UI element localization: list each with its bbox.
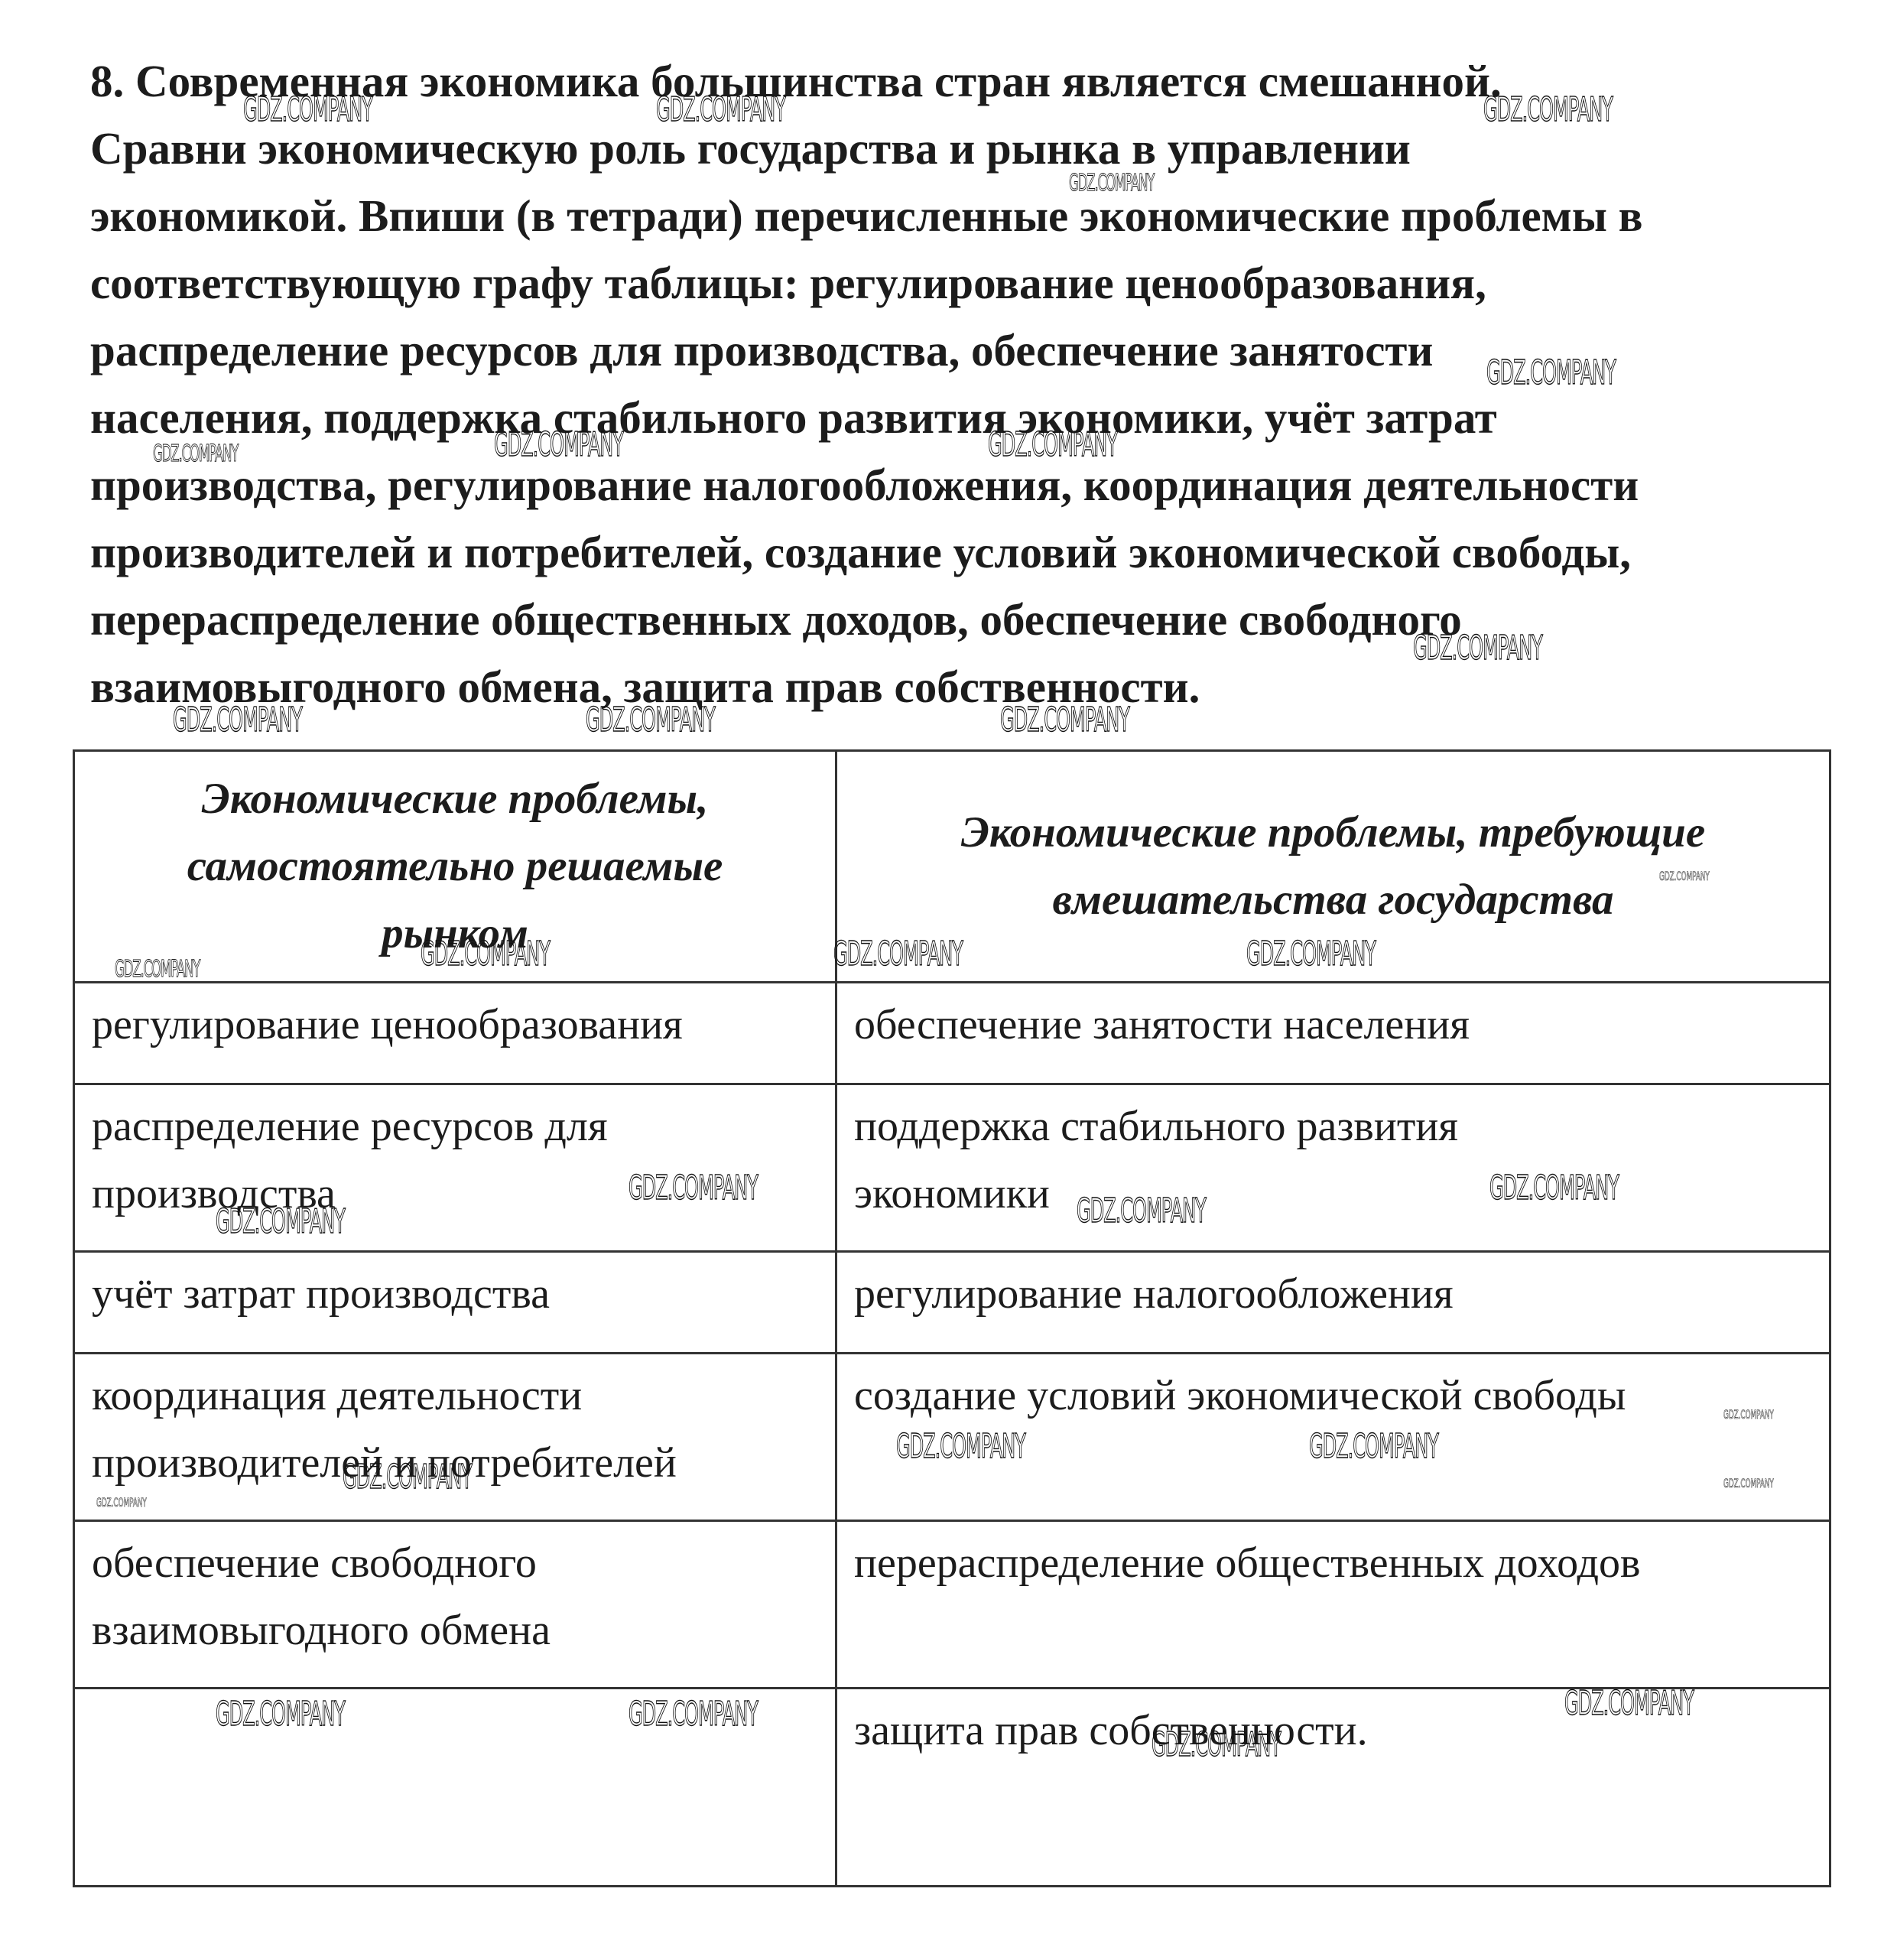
cell-text: поддержка стабильного развития: [854, 1093, 1814, 1160]
task-line: распределение ресурсов для производства,…: [90, 317, 1849, 384]
market-cell: регулирование ценообразования: [74, 983, 836, 1084]
cell-text: перераспределение общественных доходов: [854, 1529, 1814, 1597]
cell-text: обеспечение свободного: [92, 1529, 820, 1597]
cell-text: учёт затрат производства: [92, 1260, 820, 1328]
cell-text: защита прав собственности.: [854, 1697, 1814, 1764]
answer-table: Экономические проблемы, самостоятельно р…: [73, 749, 1831, 1887]
table-row: распределение ресурсов для производства …: [74, 1084, 1830, 1252]
task-line: населения, поддержка стабильного развити…: [90, 384, 1849, 451]
task-line: перераспределение общественных доходов, …: [90, 586, 1849, 653]
state-cell: создание условий экономической свободы: [836, 1354, 1830, 1521]
market-cell: учёт затрат производства: [74, 1252, 836, 1354]
column-header-state: Экономические проблемы, требующие вмешат…: [836, 751, 1830, 983]
task-line: производства, регулирование налогообложе…: [90, 451, 1849, 518]
market-cell-empty: [74, 1689, 836, 1887]
column-header-market: Экономические проблемы, самостоятельно р…: [74, 751, 836, 983]
task-line: производителей и потребителей, создание …: [90, 518, 1849, 586]
cell-text: взаимовыгодного обмена: [92, 1597, 820, 1664]
task-statement: 8. Современная экономика большинства стр…: [90, 47, 1849, 720]
header-line: рынком: [75, 900, 835, 967]
market-cell: распределение ресурсов для производства: [74, 1084, 836, 1252]
table-row: учёт затрат производства регулирование н…: [74, 1252, 1830, 1354]
cell-text: производства: [92, 1160, 820, 1227]
table-row: обеспечение свободного взаимовыгодного о…: [74, 1521, 1830, 1689]
header-line: Экономические проблемы, требующие: [837, 799, 1829, 866]
task-line: взаимовыгодного обмена, защита прав собс…: [90, 653, 1849, 720]
cell-text: координация деятельности: [92, 1362, 820, 1429]
table-header-row: Экономические проблемы, самостоятельно р…: [74, 751, 1830, 983]
state-cell: поддержка стабильного развития экономики: [836, 1084, 1830, 1252]
market-cell: обеспечение свободного взаимовыгодного о…: [74, 1521, 836, 1689]
state-cell: перераспределение общественных доходов: [836, 1521, 1830, 1689]
cell-text: распределение ресурсов для: [92, 1093, 820, 1160]
cell-text: обеспечение занятости населения: [854, 991, 1814, 1058]
cell-text: производителей и потребителей: [92, 1429, 820, 1497]
header-line: Экономические проблемы,: [75, 765, 835, 833]
task-line: экономикой. Впиши (в тетради) перечислен…: [90, 182, 1849, 249]
cell-text: создание условий экономической свободы: [854, 1362, 1814, 1429]
state-cell: защита прав собственности.: [836, 1689, 1830, 1887]
cell-text: регулирование ценообразования: [92, 991, 820, 1058]
state-cell: регулирование налогообложения: [836, 1252, 1830, 1354]
state-cell: обеспечение занятости населения: [836, 983, 1830, 1084]
table-row: защита прав собственности.: [74, 1689, 1830, 1887]
cell-text: регулирование налогообложения: [854, 1260, 1814, 1328]
cell-text: экономики: [854, 1160, 1814, 1227]
header-line: самостоятельно решаемые: [75, 833, 835, 900]
task-line: 8. Современная экономика большинства стр…: [90, 47, 1849, 115]
table-row: регулирование ценообразования обеспечени…: [74, 983, 1830, 1084]
table-row: координация деятельности производителей …: [74, 1354, 1830, 1521]
task-line: соответствующую графу таблицы: регулиров…: [90, 249, 1849, 317]
header-line: вмешательства государства: [837, 866, 1829, 934]
task-line: Сравни экономическую роль государства и …: [90, 115, 1849, 182]
market-cell: координация деятельности производителей …: [74, 1354, 836, 1521]
